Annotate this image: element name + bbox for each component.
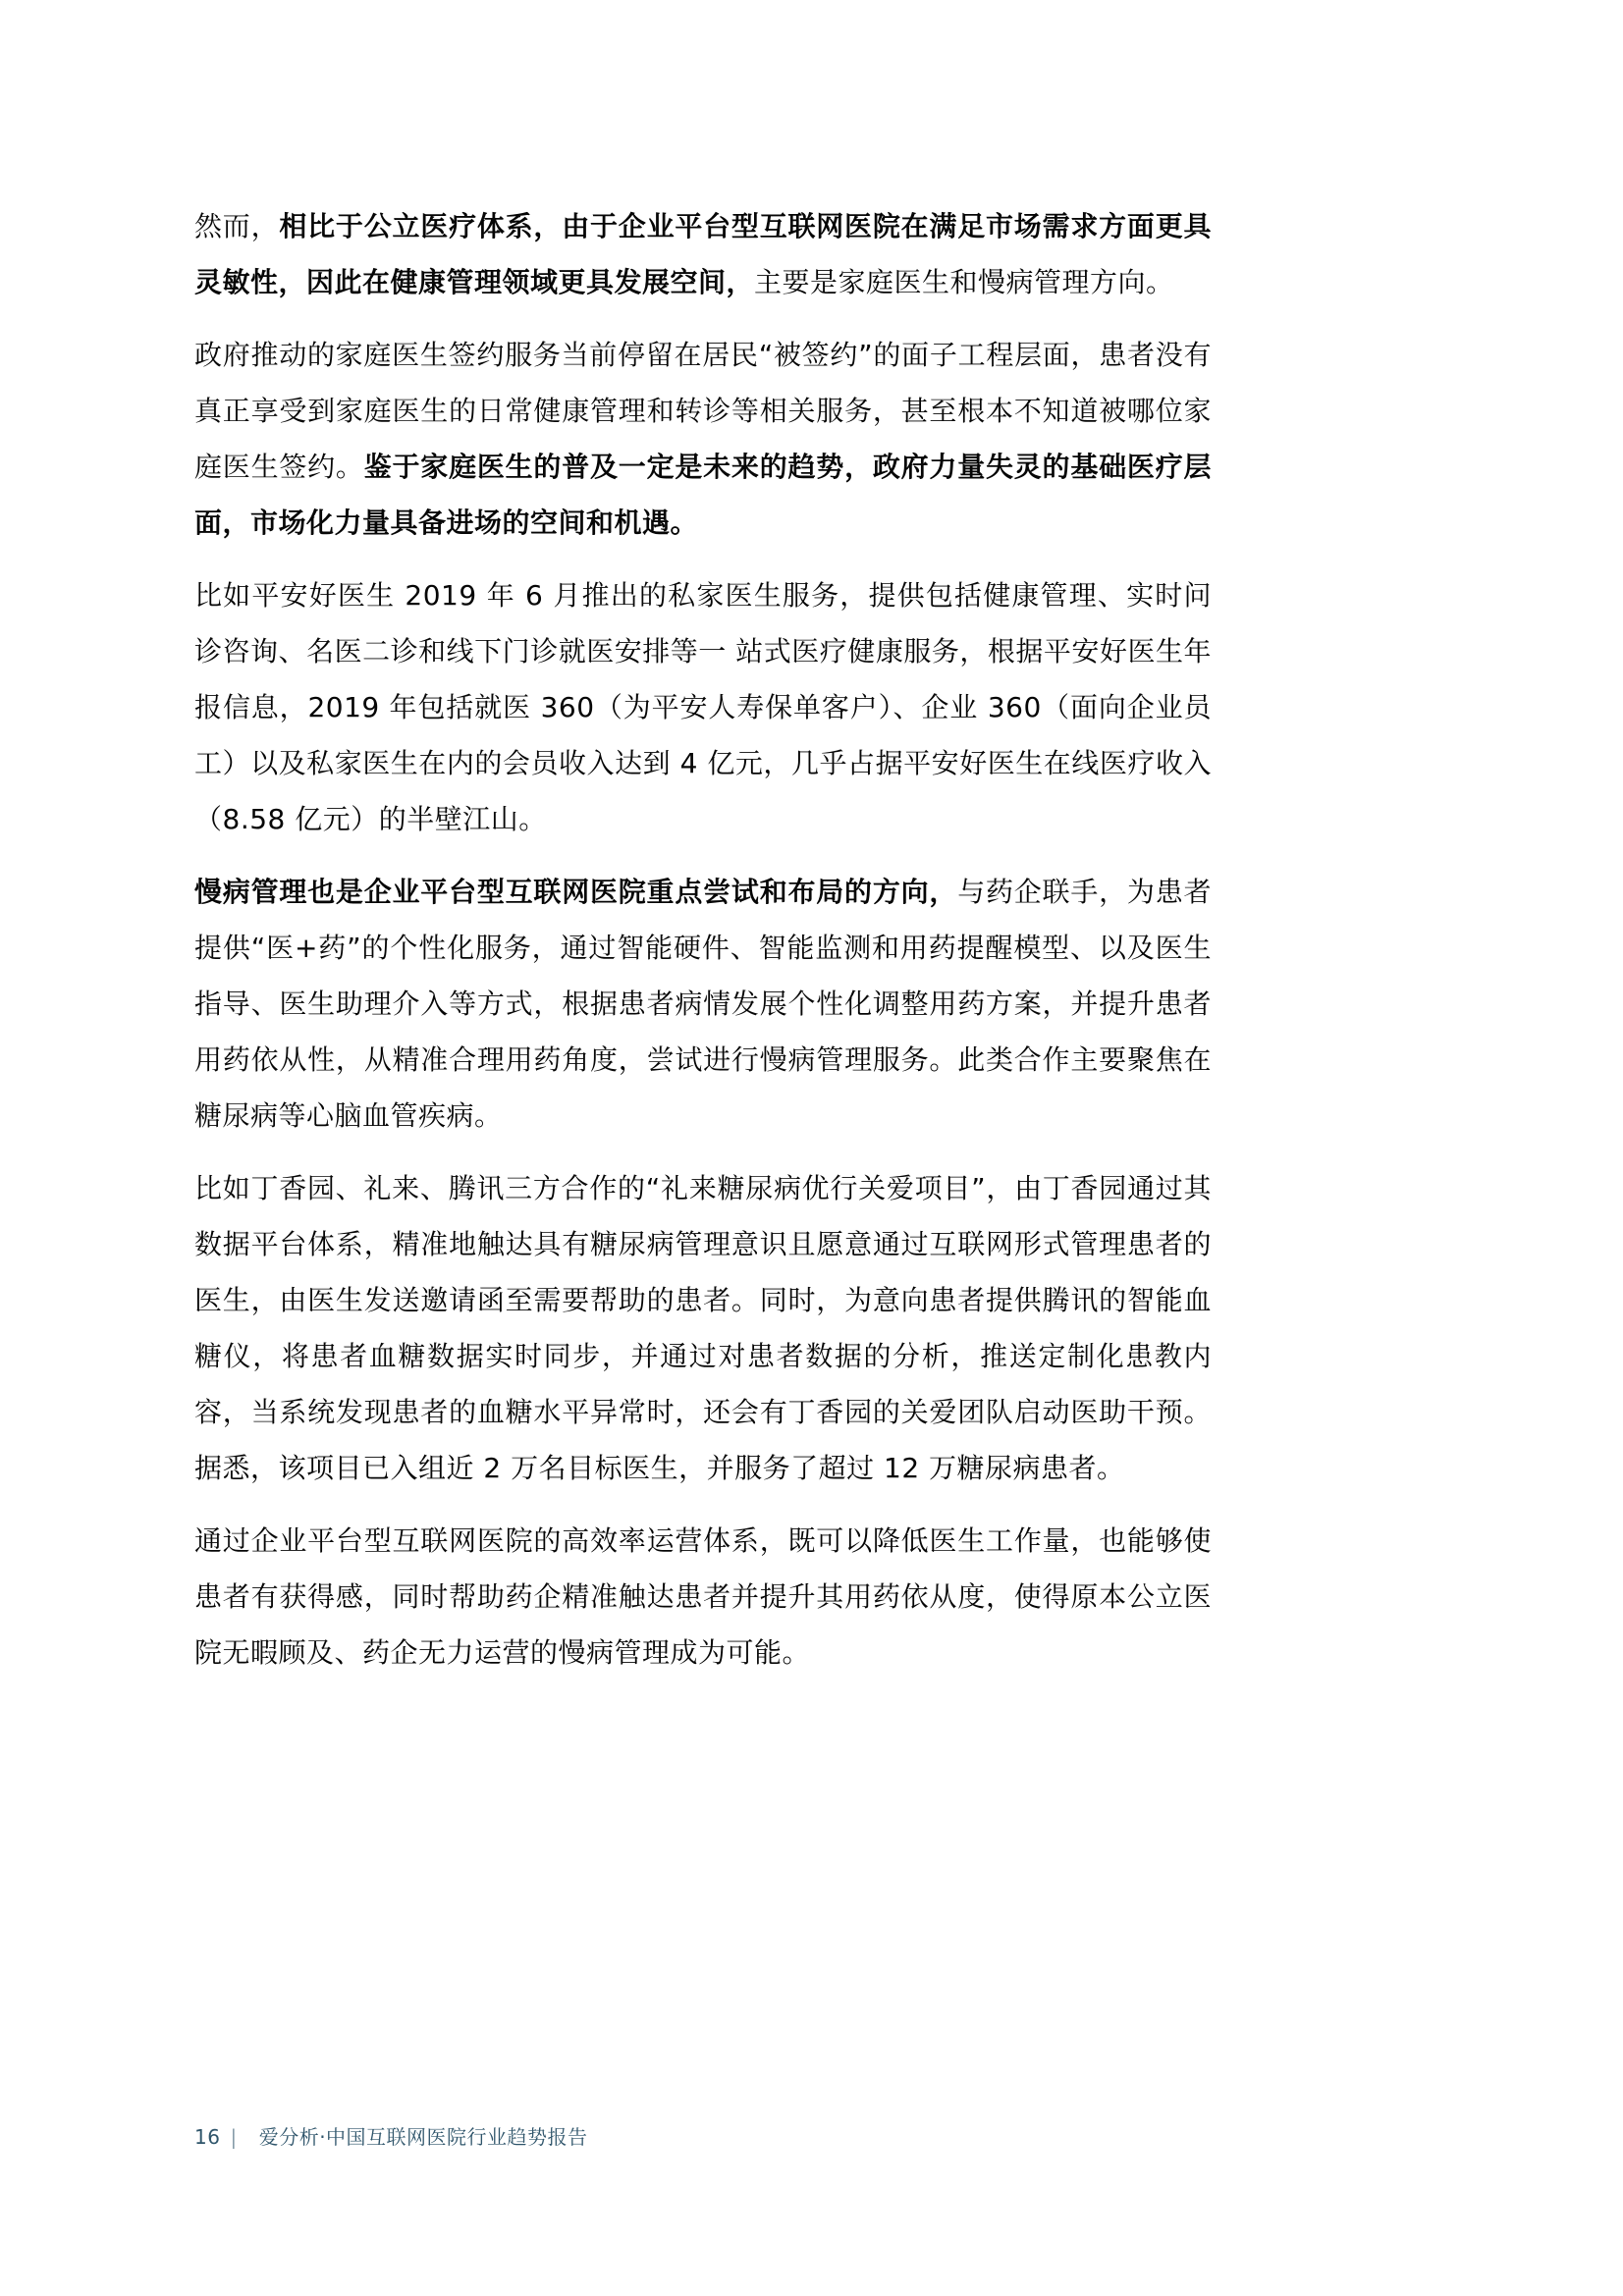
footer-report-title: 爱分析·中国互联网医院行业趋势报告 (259, 2123, 588, 2151)
text-run: 比如平安好医生 2019 年 6 月推出的私家医生服务，提供包括健康管理、实时问… (194, 579, 1212, 835)
paragraph-5: 比如丁香园、礼来、腾讯三方合作的“礼来糖尿病优行关爱项目”，由丁香园通过其数据平… (194, 1160, 1212, 1496)
page-footer: 16 | 爱分析·中国互联网医院行业趋势报告 (194, 2123, 588, 2151)
text-run-bold: 慢病管理也是企业平台型互联网医院重点尝试和布局的方向， (194, 876, 957, 908)
text-run: 主要是家庭医生和慢病管理方向。 (754, 266, 1174, 298)
document-body: 然而，相比于公立医疗体系，由于企业平台型互联网医院在满足市场需求方面更具灵敏性，… (194, 198, 1212, 1697)
footer-separator: | (230, 2123, 237, 2151)
paragraph-4: 慢病管理也是企业平台型互联网医院重点尝试和布局的方向，与药企联手，为患者提供“医… (194, 864, 1212, 1144)
text-run: 然而， (194, 210, 279, 242)
text-run: 比如丁香园、礼来、腾讯三方合作的“礼来糖尿病优行关爱项目”，由丁香园通过其数据平… (194, 1172, 1212, 1484)
paragraph-1: 然而，相比于公立医疗体系，由于企业平台型互联网医院在满足市场需求方面更具灵敏性，… (194, 198, 1212, 310)
text-run: 与药企联手，为患者提供“医+药”的个性化服务，通过智能硬件、智能监测和用药提醒模… (194, 876, 1212, 1132)
paragraph-3: 比如平安好医生 2019 年 6 月推出的私家医生服务，提供包括健康管理、实时问… (194, 567, 1212, 847)
page-number: 16 (194, 2123, 220, 2151)
paragraph-2: 政府推动的家庭医生签约服务当前停留在居民“被签约”的面子工程层面，患者没有真正享… (194, 327, 1212, 551)
text-run: 通过企业平台型互联网医院的高效率运营体系，既可以降低医生工作量，也能够使患者有获… (194, 1524, 1212, 1669)
paragraph-6: 通过企业平台型互联网医院的高效率运营体系，既可以降低医生工作量，也能够使患者有获… (194, 1513, 1212, 1681)
document-page: 然而，相比于公立医疗体系，由于企业平台型互联网医院在满足市场需求方面更具灵敏性，… (0, 0, 1623, 2296)
